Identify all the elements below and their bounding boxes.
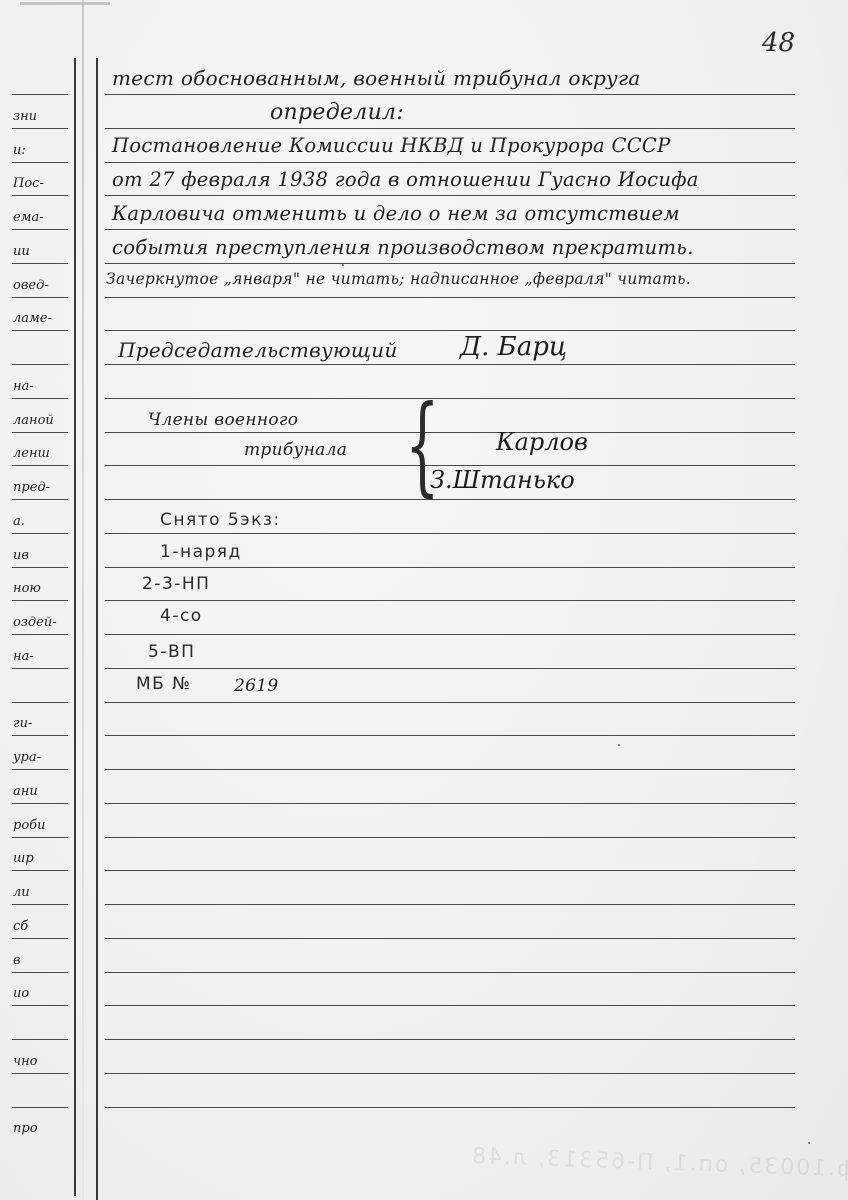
body-line-correction-note: Зачеркнутое „января" не читать; надписан… xyxy=(106,270,691,288)
ruled-line xyxy=(105,803,795,804)
ruled-line xyxy=(105,600,795,601)
page-number: 48 xyxy=(762,28,795,58)
paper-crease xyxy=(20,2,110,5)
margin-fragment: ли xyxy=(13,885,30,900)
margin-ruled-line xyxy=(12,972,68,973)
margin-ruled-line xyxy=(12,128,68,129)
margin-fragment: на- xyxy=(13,649,34,664)
margin-ruled-line xyxy=(12,769,68,770)
copies-item-4: 5-ВП xyxy=(148,642,195,662)
ruled-line xyxy=(105,668,795,669)
ruled-line xyxy=(105,769,795,770)
ruled-line xyxy=(105,735,795,736)
margin-ruled-line xyxy=(12,938,68,939)
margin-ruled-line xyxy=(12,1073,68,1074)
paper-fold-line xyxy=(82,0,84,1200)
registry-number: 2619 xyxy=(234,676,278,696)
margin-fragment: ланой xyxy=(13,413,54,428)
margin-ruled-line xyxy=(12,1005,68,1006)
ruled-line xyxy=(105,94,795,95)
ruled-line xyxy=(105,499,795,500)
body-line-3: Постановление Комиссии НКВД и Прокурора … xyxy=(112,134,671,157)
margin-ruled-line xyxy=(12,1039,68,1040)
margin-ruled-line xyxy=(12,870,68,871)
ruled-line xyxy=(105,1073,795,1074)
margin-fragment: овед- xyxy=(13,278,49,293)
margin-ruled-line xyxy=(12,398,68,399)
ruled-line xyxy=(105,162,795,163)
ruled-line xyxy=(105,128,795,129)
ruled-line xyxy=(105,330,795,331)
ruled-line xyxy=(105,1005,795,1006)
margin-ruled-line xyxy=(12,162,68,163)
margin-fragment: про xyxy=(13,1121,38,1136)
margin-ruled-line xyxy=(12,94,68,95)
copies-heading: Снято 5экз: xyxy=(160,510,281,530)
paper-speck xyxy=(618,744,620,746)
registry-label: МБ № xyxy=(136,674,191,694)
body-line-1: тест обоснованным, военный трибунал окру… xyxy=(112,66,641,90)
paper-speck xyxy=(808,1142,810,1144)
margin-fragment: ии xyxy=(13,244,30,259)
ruled-line xyxy=(105,634,795,635)
margin-fragment: ги- xyxy=(13,716,32,731)
ruled-line xyxy=(105,364,795,365)
margin-ruled-line xyxy=(12,904,68,905)
margin-fragment: ани xyxy=(13,784,38,799)
margin-fragment: Пос- xyxy=(13,176,44,191)
margin-ruled-line xyxy=(12,837,68,838)
members-label-line-1: Члены военного xyxy=(148,410,298,430)
margin-fragment: чно xyxy=(13,1054,37,1069)
margin-rule-right xyxy=(96,58,98,1200)
margin-ruled-line xyxy=(12,735,68,736)
margin-ruled-line xyxy=(12,263,68,264)
margin-fragment: ио xyxy=(13,986,29,1001)
margin-ruled-line xyxy=(12,567,68,568)
body-line-4: от 27 февраля 1938 года в отношении Гуас… xyxy=(112,168,699,191)
margin-fragment: ема- xyxy=(13,210,44,225)
margin-ruled-line xyxy=(12,229,68,230)
body-line-determined: определил: xyxy=(270,100,404,125)
margin-ruled-line xyxy=(12,330,68,331)
margin-ruled-line xyxy=(12,364,68,365)
margin-ruled-line xyxy=(12,668,68,669)
ruled-line xyxy=(105,533,795,534)
margin-ruled-line xyxy=(12,600,68,601)
bleed-through-text: ГАРФ ф.10035, оп.1, П-65313, л.48 xyxy=(470,1144,848,1185)
margin-ruled-line xyxy=(12,634,68,635)
body-line-6: события преступления производством прекр… xyxy=(112,236,694,259)
margin-ruled-line xyxy=(12,1107,68,1108)
margin-fragment: ура- xyxy=(13,750,41,765)
margin-fragment: сб xyxy=(13,919,28,934)
ruled-line xyxy=(105,870,795,871)
ruled-line xyxy=(105,432,795,433)
margin-ruled-line xyxy=(12,499,68,500)
margin-fragment: и: xyxy=(13,143,26,158)
members-label-line-2: трибунала xyxy=(244,440,347,460)
ruled-line xyxy=(105,567,795,568)
margin-fragment: оздей- xyxy=(13,615,57,630)
presiding-label: Председательствующий xyxy=(118,338,398,362)
margin-fragment: ив xyxy=(13,548,29,563)
margin-fragment: на- xyxy=(13,379,34,394)
ruled-line xyxy=(105,938,795,939)
margin-fragment: ною xyxy=(13,581,41,596)
member-signature-2: З.Штанько xyxy=(430,466,575,494)
body-line-5: Карловича отменить и дело о нем за отсут… xyxy=(112,202,680,225)
ruled-line xyxy=(105,972,795,973)
margin-ruled-line xyxy=(12,803,68,804)
margin-fragment: в xyxy=(13,953,21,968)
presiding-signature: Д. Барц xyxy=(460,332,567,362)
paper-speck xyxy=(342,264,344,266)
margin-fragment: пред- xyxy=(13,480,50,495)
margin-fragment: зни xyxy=(13,109,37,124)
copies-item-3: 4-со xyxy=(160,606,203,626)
ruled-line xyxy=(105,263,795,264)
margin-ruled-line xyxy=(12,297,68,298)
ruled-line xyxy=(105,1107,795,1108)
margin-fragment: роби xyxy=(13,818,45,833)
margin-fragment: шр xyxy=(13,851,34,866)
margin-ruled-line xyxy=(12,465,68,466)
margin-fragment: а. xyxy=(13,514,25,529)
margin-ruled-line xyxy=(12,195,68,196)
member-signature-1: Карлов xyxy=(496,428,588,456)
ruled-line xyxy=(105,195,795,196)
ruled-line xyxy=(105,904,795,905)
ruled-line xyxy=(105,1039,795,1040)
margin-rule-left xyxy=(74,58,76,1196)
ruled-line xyxy=(105,702,795,703)
margin-ruled-line xyxy=(12,432,68,433)
ruled-line xyxy=(105,297,795,298)
margin-ruled-line xyxy=(12,533,68,534)
ruled-line xyxy=(105,229,795,230)
ruled-line xyxy=(105,398,795,399)
ruled-line xyxy=(105,837,795,838)
margin-fragment: ламе- xyxy=(13,311,52,326)
copies-item-2: 2-3-НП xyxy=(142,574,210,594)
margin-ruled-line xyxy=(12,702,68,703)
document-page: 48 тест обоснованным, военный трибунал о… xyxy=(0,0,848,1200)
margin-fragment: ленш xyxy=(13,446,50,461)
copies-item-1: 1-наряд xyxy=(160,542,242,562)
